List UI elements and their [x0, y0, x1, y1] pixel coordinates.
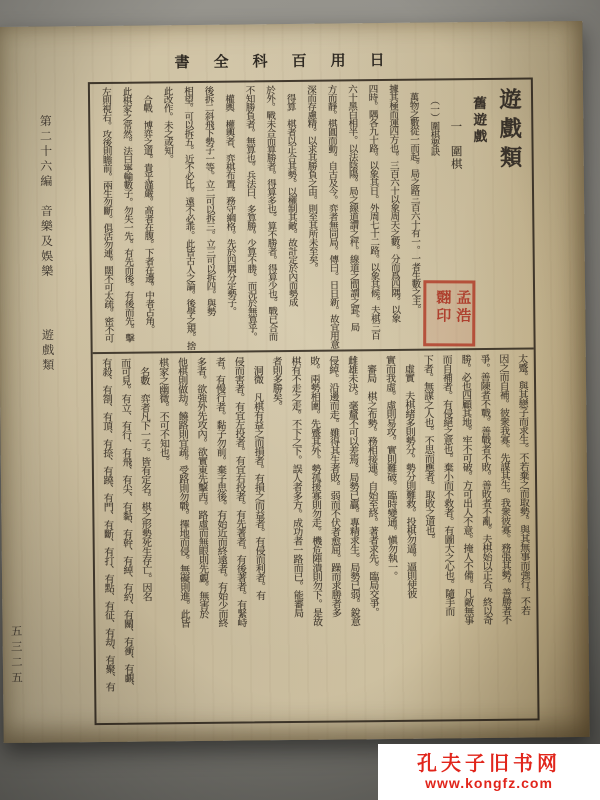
- main-text-box: 遊戲類 舊遊戲 一 圍棋 （一）圍棋要訣 萬物之數從一而起。局之路三百六十有一。…: [88, 77, 540, 725]
- photo-background: 日用百科全書 遊戲類 舊遊戲 一 圍棋 （一）圍棋要訣 萬物之數從一而起。局之路…: [0, 0, 600, 800]
- text-column: 萬物之數從一而起。局之路三百六十有一。一者生數之主。: [402, 84, 425, 348]
- margin-subcategory-label: 遊戲類: [39, 328, 56, 373]
- text-column: 他棋則做劫。饒路則宜疏。受路則勿戰。擇地而侵。無礙則進。此皆: [171, 357, 194, 718]
- page-number: 五三二五: [8, 625, 25, 687]
- text-column: 左則視右。攻後則瞻前。兩生勿斷。俱活勿連。闊不可太疏。密不可: [94, 87, 117, 351]
- text-column: 多者。欲強外先攻內。欲實東先擊西。路虛而無眼則先覷。無害於: [189, 357, 212, 718]
- bottom-register: 太蹙。與其戀子而求生。不若棄之而取勢。與其無事而強行。不若因之而自補。彼衆我寡。…: [95, 354, 534, 720]
- text-column: 侵綽。沿邊而走。雖得其生者敗。弱而不伏者愈屈。躁而求勝者多: [322, 355, 345, 716]
- text-column: 審局 棋之布勢。務相接連。自始至終。著者求先。臨局交爭。: [360, 355, 383, 716]
- header-title: 日用百科全書: [147, 48, 437, 72]
- text-column: 敗。兩勢相圍。先蹙其外。勢孤援寡則勿走。機危陣潰則勿下。是故: [303, 356, 326, 717]
- margin-category-label: 音樂及娛樂: [38, 204, 56, 279]
- text-column: 六十黑白相半。以法陰陽。局之線道謂之枰。線道之間謂之罫。局: [340, 84, 363, 348]
- red-seal: 孟浩 翾印: [423, 280, 475, 346]
- text-column: 方而靜。棋圓而動。自古及今。弈者無同局。傳曰。日日新。故宜用意: [320, 84, 343, 348]
- text-column: 後拆二斜飛下勢子一等。立二可以拆三。立三可以拆四。與勢: [197, 86, 220, 350]
- text-column: 洞微 凡棋有益之而損者。有損之而益者。有侵而利者。有: [246, 356, 269, 717]
- text-column: 權輿 權輿者、弈棋布置。務守綱格。先於四隅分定勢子。: [217, 86, 240, 350]
- text-column: 雌雄未決。毫釐不可以差焉。局勢已贏。專精求生。局勢已弱。銳意: [341, 355, 364, 716]
- text-column: 合戰 博弈之道。貴乎謹嚴。高者在腹。下者在邊。中者占角。: [135, 86, 158, 350]
- text-column: 四時。隅各九十路。以象其日。外周七十二路。以象其候。夫棋三百: [361, 84, 384, 348]
- text-column: 不知勝負者。無算也。兵法曰、多算勝。少算不勝。而況於無算乎。: [238, 85, 261, 349]
- watermark-site-url: www.kongfz.com: [425, 776, 553, 791]
- seal-text-right: 孟浩: [452, 283, 472, 343]
- text-column: 相望。可以拆五。近不必比。遠不必乖。此皆古人之論。後學之規。捨: [176, 86, 199, 350]
- section-title: 遊戲類: [491, 83, 530, 347]
- margin-edition-label: 第二十六編: [37, 114, 55, 189]
- text-column: 棋有不走之走。不下之下。誤人者多方。成功者一路而已。能審局: [284, 356, 307, 717]
- text-column: 棋家之幽微。不可不知也。: [152, 357, 175, 718]
- book-page: 日用百科全書 遊戲類 舊遊戲 一 圍棋 （一）圍棋要訣 萬物之數從一而起。局之路…: [0, 21, 590, 743]
- text-column: 有殺、有劄、有頂、有捺、有蹺、有門、有斷、有打、有點、有征、有劫、有聚、有: [95, 358, 118, 719]
- text-column: 於外。戰未合而算勝者。得算多也。算不勝者。得算少也。戰已合而: [258, 85, 281, 349]
- text-column: 者。有慢行者。黏子勿前。棄子思後。有始近而終遠者。有始少而終: [208, 357, 231, 718]
- text-column: 爭。善陳者不戰。善戰者不敗。善敗者不亂。夫棋始以正合。終以奇: [473, 354, 496, 715]
- text-column: 深而存慮精。以求其勝負之由。則至其所未至矣。: [299, 85, 322, 349]
- text-column: 虛實 夫棋緒多則勢分。勢分則難救。投棋勿逼。逼則使彼: [397, 355, 420, 716]
- text-column: 因之而自補。彼衆我寡。先謀其生。我衆彼寡。務張其勢。善勝者不: [492, 354, 515, 715]
- text-column: 名數 弈者凡下一子。皆有定名。棋之形勢死生存亡。因名: [133, 357, 156, 718]
- text-column: 此棋家之常然。法曰寧輸數子。勿失一先。有先而後。有後而先。擊: [115, 87, 138, 351]
- text-column: 實而我虛。虛則易攻。實則難破。臨時變通。愼勿執一。: [378, 355, 401, 716]
- watermark-box: 孔夫子旧书网 www.kongfz.com: [378, 744, 600, 800]
- text-column: 太蹙。與其戀子而求生。不若棄之而取勢。與其無事而強行。不若: [511, 354, 534, 715]
- text-column: 得算 棋者以正合其勢。以權制其敵。故計定於內而勢成: [279, 85, 302, 349]
- text-column: 此改作。未之或知。: [156, 86, 179, 350]
- text-column: 而可見。有立、有行、有飛、有尖、有黏、有幹、有綽、有約、有關、有衝、有覷、: [114, 358, 137, 719]
- text-column: 據其極而運四方也。三百六十以象周天之數。分而爲四隅。以象: [381, 84, 404, 348]
- watermark-site-name: 孔夫子旧书网: [417, 753, 561, 776]
- seal-text-left: 翾印: [432, 283, 452, 343]
